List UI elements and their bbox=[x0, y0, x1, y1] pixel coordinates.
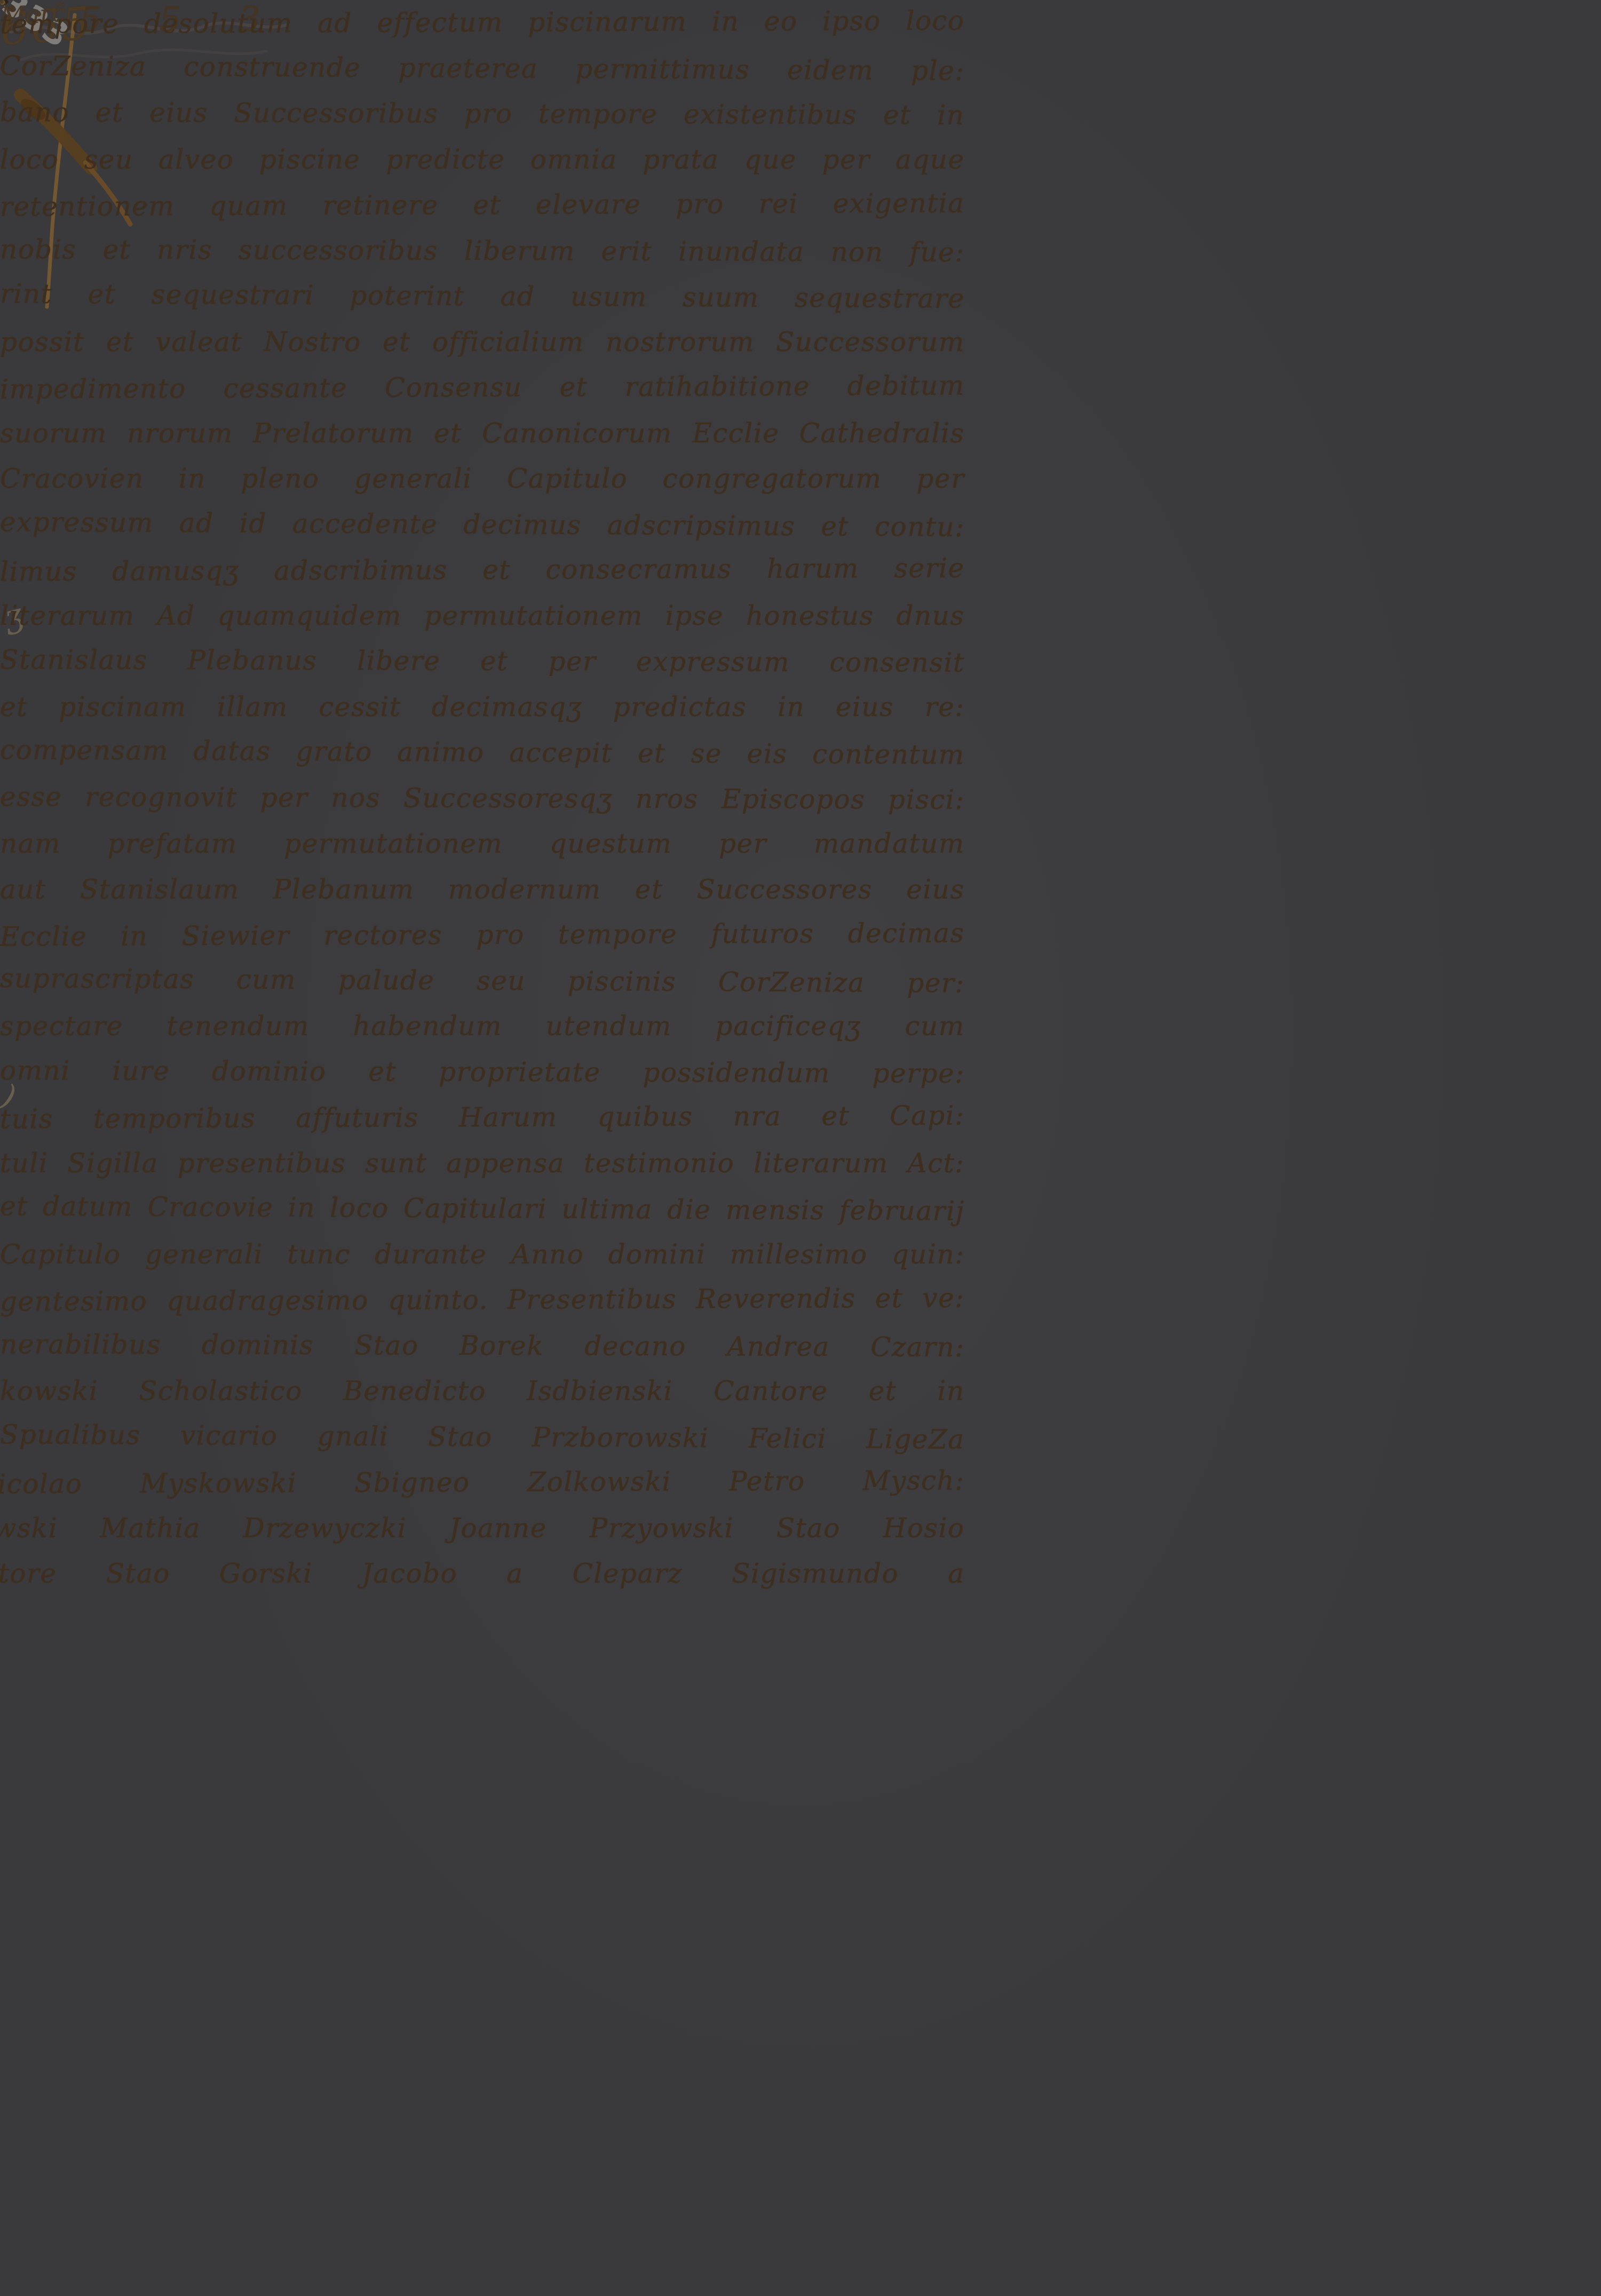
manuscript-line-11: Cracovien in pleno generali Capitulo con… bbox=[0, 456, 965, 502]
manuscript-line-34: kowski Mathia Drzewyczki Joanne Przyowsk… bbox=[0, 1506, 965, 1552]
manuscript-text-block: tempore desolutum ad effectum piscinarum… bbox=[0, 0, 965, 1597]
manuscript-line-9: impedimento cessante Consensu et ratihab… bbox=[0, 363, 965, 412]
manuscript-line-8: possit et valeat Nostro et officialium n… bbox=[0, 320, 965, 366]
manuscript-line-17: compensam datas grato animo accepit et s… bbox=[0, 727, 965, 778]
manuscript-line-30: nerabilibus dominis Stao Borek decano An… bbox=[0, 1322, 965, 1370]
manuscript-line-12: expressum ad id accedente decimus adscri… bbox=[0, 499, 965, 550]
manuscript-line-1: tempore desolutum ad effectum piscinarum… bbox=[0, 0, 965, 47]
manuscript-line-14: literarum Ad quamquidem permutationem ip… bbox=[0, 593, 965, 639]
manuscript-line-13: limus damusqʒ adscribimus et consecramus… bbox=[0, 546, 965, 595]
manuscript-line-6: nobis et nris successoribus liberum erit… bbox=[0, 227, 965, 275]
manuscript-line-20: aut Stanislaum Plebanum modernum et Succ… bbox=[0, 867, 965, 913]
manuscript-line-10: suorum nrorum Prelatorum et Canonicorum … bbox=[0, 411, 965, 457]
manuscript-line-22: suprascriptas cum palude seu piscinis Co… bbox=[0, 956, 965, 1006]
manuscript-line-19: nam prefatam permutationem questum per m… bbox=[0, 821, 965, 867]
manuscript-line-18: esse recognovit per nos Successoresqʒ nr… bbox=[0, 774, 965, 823]
manuscript-line-16: et piscinam illam cessit decimasqʒ predi… bbox=[0, 685, 965, 730]
manuscript-line-32: Spualibus vicario gnali Stao Przborowski… bbox=[0, 1412, 965, 1463]
manuscript-line-29: gentesimo quadragesimo quinto. Presentib… bbox=[0, 1276, 965, 1325]
manuscript-line-2: CorZeniza construende praeterea permitti… bbox=[0, 43, 965, 94]
manuscript-line-4: loco seu alveo piscine predicte omnia pr… bbox=[0, 137, 965, 183]
manuscript-line-15: Stanislaus Plebanus libere et per expres… bbox=[0, 637, 965, 686]
manuscript-line-3: bano et eius Successoribus pro tempore e… bbox=[0, 90, 965, 138]
manuscript-line-33: Nicolao Myskowski Sbigneo Zolkowski Petr… bbox=[0, 1458, 965, 1507]
manuscript-line-23: spectare tenendum habendum utendum pacif… bbox=[0, 1004, 965, 1050]
manuscript-line-21: Ecclie in Siewier rectores pro tempore f… bbox=[0, 911, 965, 960]
manuscript-line-7: rint et sequestrari poterint ad usum suu… bbox=[0, 271, 965, 322]
manuscript-line-5: retentionem quam retinere et elevare pro… bbox=[0, 181, 965, 230]
manuscript-line-27: et datum Cracovie in loco Capitulari ult… bbox=[0, 1183, 965, 1234]
manuscript-line-24: omni iure dominio et proprietate posside… bbox=[0, 1048, 965, 1097]
manuscript-line-25: tuis temporibus affuturis Harum quibus n… bbox=[0, 1093, 965, 1142]
manuscript-line-31: kowski Scholastico Benedicto Isdbienski … bbox=[0, 1369, 965, 1415]
manuscript-line-26: tuli Sigilla presentibus sunt appensa te… bbox=[0, 1141, 965, 1187]
manuscript-scan: ʒ ) ARTIS N. dbII 1 5 5 3 665 333 bbox=[0, 0, 1601, 2296]
manuscript-line-28: Capitulo generali tunc durante Anno domi… bbox=[0, 1232, 965, 1278]
manuscript-line-35: Doctore Stao Gorski Jacobo a Cleparz Sig… bbox=[0, 1551, 965, 1597]
